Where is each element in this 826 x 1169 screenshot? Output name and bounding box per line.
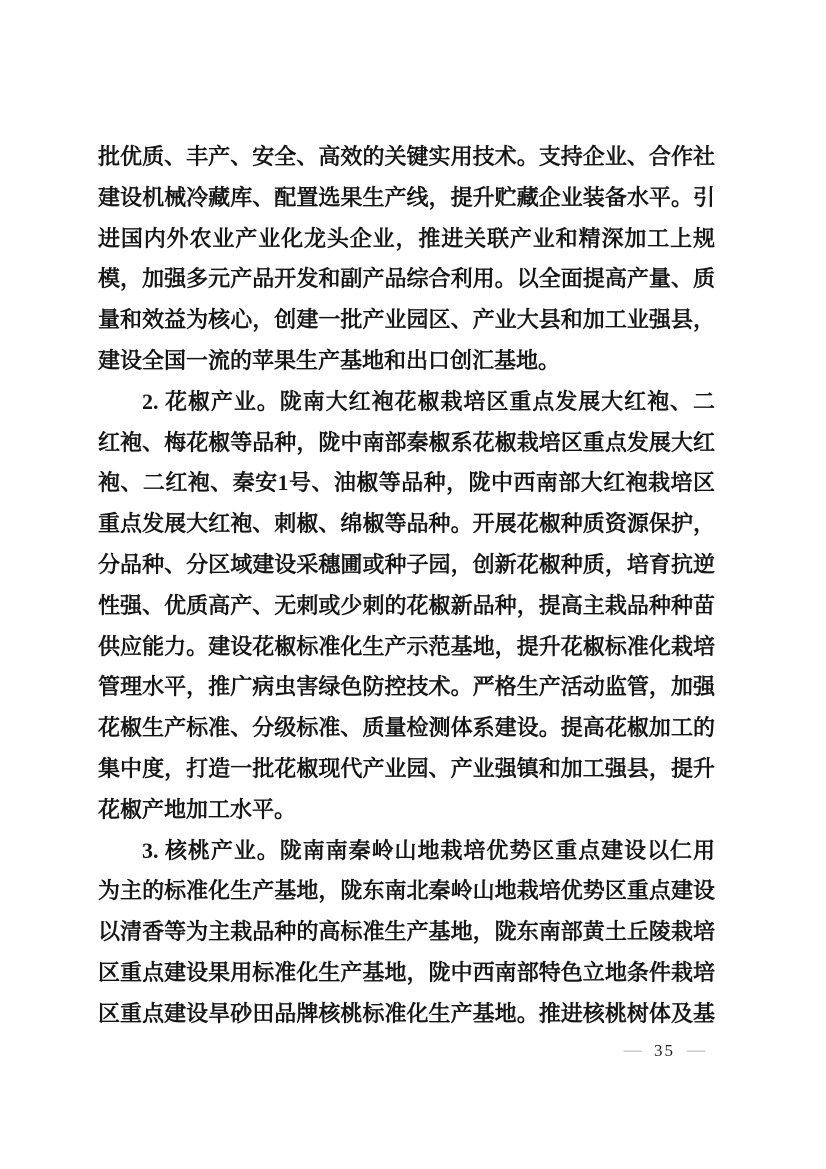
text-line-p1-2: 建设机械冷藏库、配置选果生产线，提升贮藏企业装备水平。引 bbox=[98, 178, 715, 219]
text-line-p1-3: 进国内外农业产业化龙头企业，推进关联产业和精深加工上规 bbox=[98, 219, 715, 260]
text-line-p3-3: 以清香等为主栽品种的高标准生产基地，陇东南部黄土丘陵栽培 bbox=[98, 912, 715, 953]
text-line-p3-4: 区重点建设果用标准化生产基地，陇中西南部特色立地条件栽培 bbox=[98, 953, 715, 994]
text-line-p3-5: 区重点建设旱砂田品牌核桃标准化生产基地。推进核桃树体及基 bbox=[98, 994, 715, 1035]
document-page: 批优质、丰产、安全、高效的关键实用技术。支持企业、合作社建设机械冷藏库、配置选果… bbox=[0, 0, 826, 1169]
footer-dash-left: — bbox=[624, 1040, 642, 1062]
text-line-p2-8: 管理水平，推广病虫害绿色防控技术。严格生产活动监管，加强 bbox=[98, 667, 715, 708]
text-line-p2-6: 性强、优质高产、无刺或少刺的花椒新品种，提高主栽品种种苗 bbox=[98, 586, 715, 627]
text-line-p1-1: 批优质、丰产、安全、高效的关键实用技术。支持企业、合作社 bbox=[98, 137, 715, 178]
page-footer: — 35 — bbox=[625, 1040, 704, 1062]
footer-dash-right: — bbox=[687, 1040, 705, 1062]
text-line-p2-2: 红袍、梅花椒等品种，陇中南部秦椒系花椒栽培区重点发展大红 bbox=[98, 423, 715, 464]
text-line-p1-5: 量和效益为核心，创建一批产业园区、产业大县和加工业强县， bbox=[98, 300, 715, 341]
text-line-p2-5: 分品种、分区域建设采穗圃或种子园，创新花椒种质，培育抗逆 bbox=[98, 545, 715, 586]
text-line-p2-4: 重点发展大红袍、刺椒、绵椒等品种。开展花椒种质资源保护， bbox=[98, 504, 715, 545]
text-line-p1-6: 建设全国一流的苹果生产基地和出口创汇基地。 bbox=[98, 341, 715, 382]
text-line-p2-7: 供应能力。建设花椒标准化生产示范基地，提升花椒标准化栽培 bbox=[98, 627, 715, 668]
text-line-p1-4: 模，加强多元产品开发和副产品综合利用。以全面提高产量、质 bbox=[98, 259, 715, 300]
text-line-p3-1: 3. 核桃产业。陇南南秦岭山地栽培优势区重点建设以仁用 bbox=[98, 831, 715, 872]
document-body: 批优质、丰产、安全、高效的关键实用技术。支持企业、合作社建设机械冷藏库、配置选果… bbox=[98, 137, 715, 1035]
text-line-p2-11: 花椒产地加工水平。 bbox=[98, 790, 715, 831]
text-line-p2-1: 2. 花椒产业。陇南大红袍花椒栽培区重点发展大红袍、二 bbox=[98, 382, 715, 423]
text-line-p2-3: 袍、二红袍、秦安1号、油椒等品种，陇中西南部大红袍栽培区 bbox=[98, 463, 715, 504]
text-line-p2-10: 集中度，打造一批花椒现代产业园、产业强镇和加工强县，提升 bbox=[98, 749, 715, 790]
text-line-p3-2: 为主的标准化生产基地，陇东南北秦岭山地栽培优势区重点建设 bbox=[98, 871, 715, 912]
page-number: 35 bbox=[654, 1040, 675, 1062]
text-line-p2-9: 花椒生产标准、分级标准、质量检测体系建设。提高花椒加工的 bbox=[98, 708, 715, 749]
